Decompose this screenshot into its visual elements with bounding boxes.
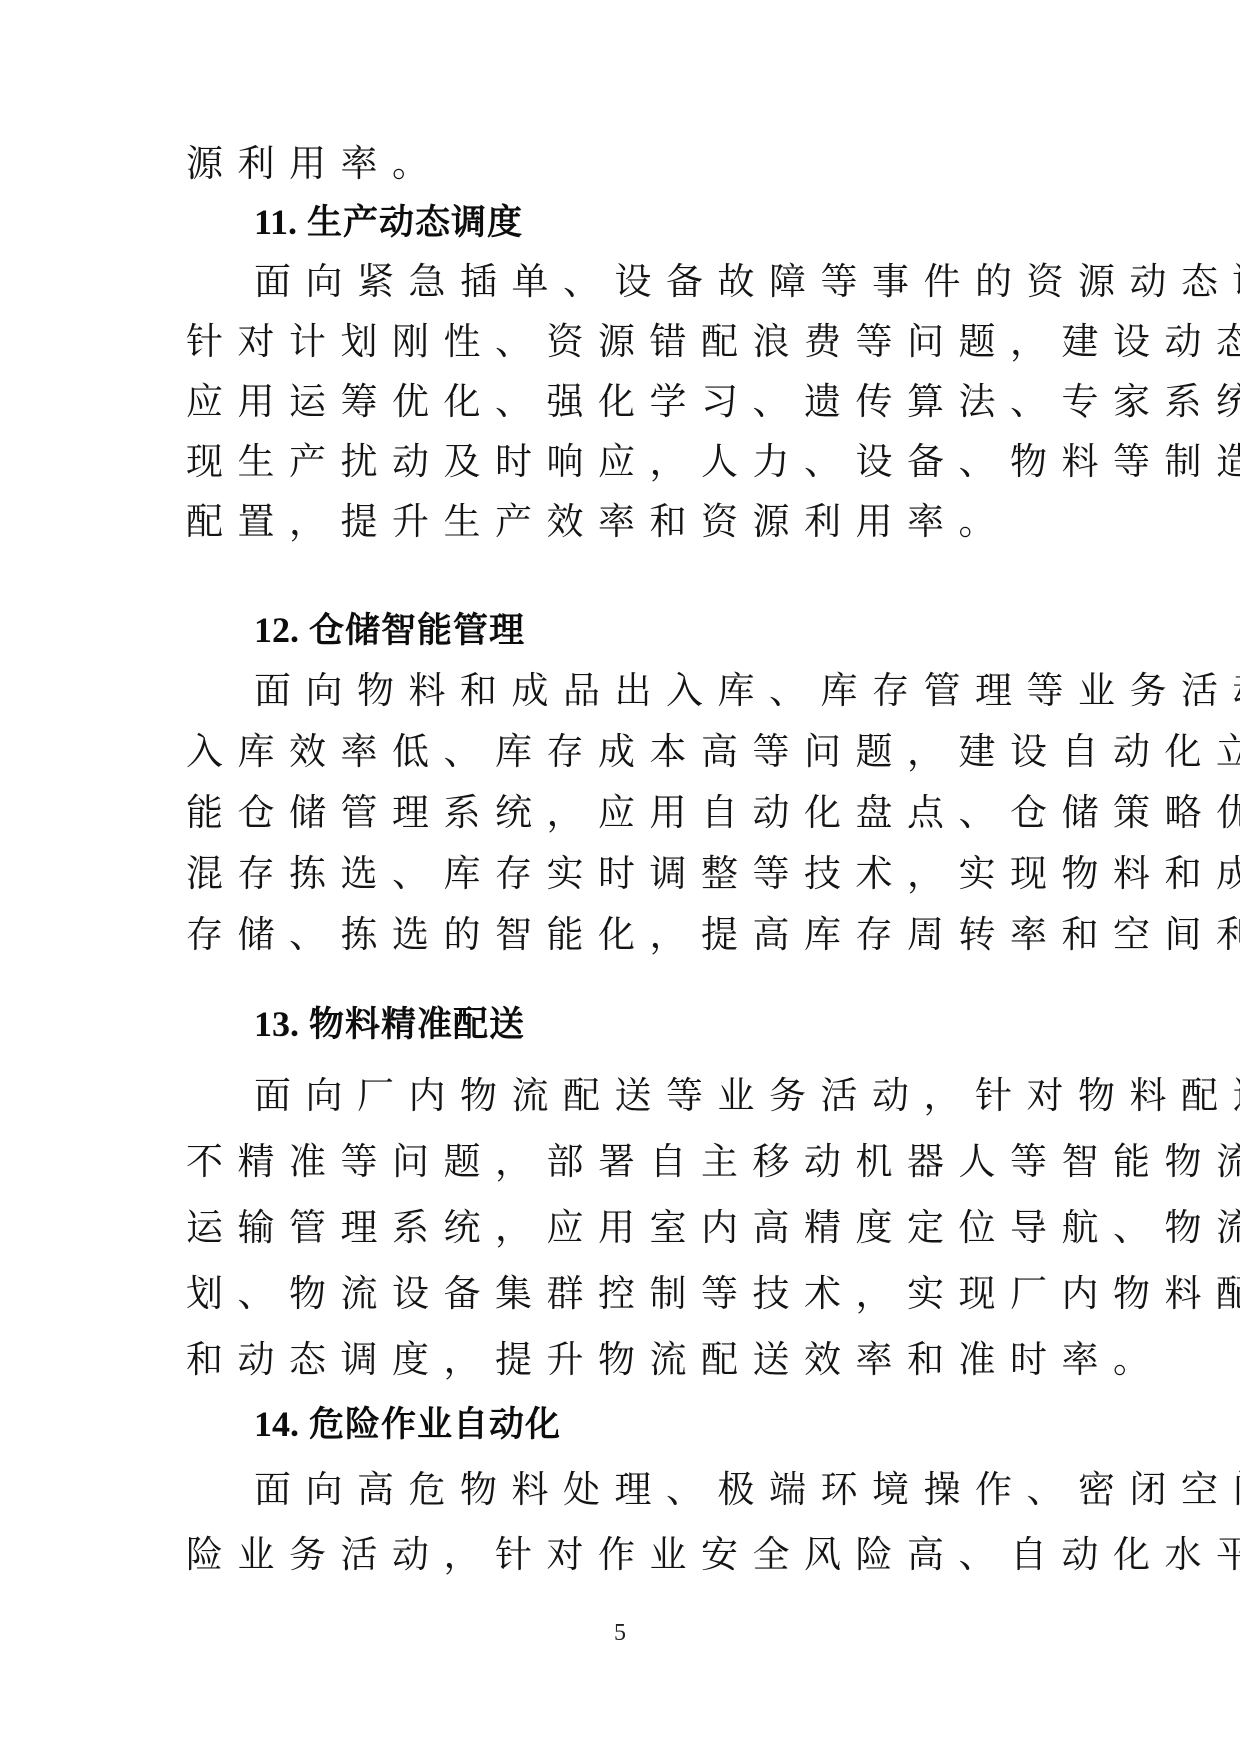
section-number: 12. <box>254 610 299 650</box>
section-number: 11. <box>254 202 297 242</box>
paragraph-line: 应用运筹优化、强化学习、遗传算法、专家系统等技术，实 <box>186 378 1240 426</box>
section-heading-14: 14.危险作业自动化 <box>254 1400 561 1449</box>
paragraph-line: 混存拣选、库存实时调整等技术，实现物料和成品出入库、 <box>186 850 1240 898</box>
section-title: 物料精准配送 <box>309 1004 525 1045</box>
section-heading-13: 13.物料精准配送 <box>254 1000 525 1049</box>
paragraph-line: 入库效率低、库存成本高等问题，建设自动化立体仓库和智 <box>186 728 1240 776</box>
section-title: 仓储智能管理 <box>309 610 525 651</box>
section-title: 危险作业自动化 <box>309 1404 561 1445</box>
section-heading-11: 11.生产动态调度 <box>254 198 523 247</box>
paragraph-line: 划、物流设备集群控制等技术，实现厂内物料配送快速响应 <box>186 1270 1240 1318</box>
paragraph-line: 能仓储管理系统，应用自动化盘点、仓储策略优化、多形态 <box>186 789 1240 837</box>
paragraph-line: 针对计划刚性、资源错配浪费等问题，建设动态调度系统， <box>186 318 1240 366</box>
paragraph-line: 面向紧急插单、设备故障等事件的资源动态调度需求， <box>254 258 1240 306</box>
paragraph-line: 面向物料和成品出入库、库存管理等业务活动，针对出 <box>254 667 1240 715</box>
paragraph-line: 险业务活动，针对作业安全风险高、自动化水平低等问题， <box>186 1531 1240 1579</box>
continuation-line: 源利用率。 <box>186 140 444 188</box>
paragraph-line: 面向高危物料处理、极端环境操作、密闭空间作业等危 <box>254 1466 1240 1514</box>
section-heading-12: 12.仓储智能管理 <box>254 606 525 655</box>
page-number: 5 <box>0 1620 1240 1647</box>
paragraph-line: 运输管理系统，应用室内高精度定位导航、物流路径动态规 <box>186 1204 1240 1252</box>
paragraph-line: 现生产扰动及时响应，人力、设备、物料等制造资源的动态 <box>186 438 1240 486</box>
paragraph-line: 配置，提升生产效率和资源利用率。 <box>186 498 1010 546</box>
paragraph-line: 不精准等问题，部署自主移动机器人等智能物流设备和智能 <box>186 1138 1240 1186</box>
section-number: 14. <box>254 1404 299 1444</box>
paragraph-line: 存储、拣选的智能化，提高库存周转率和空间利用率。 <box>186 911 1240 959</box>
section-title: 生产动态调度 <box>307 202 523 243</box>
paragraph-line: 面向厂内物流配送等业务活动，针对物料配送不及时、 <box>254 1072 1240 1120</box>
paragraph-line: 和动态调度，提升物流配送效率和准时率。 <box>186 1336 1165 1384</box>
section-number: 13. <box>254 1004 299 1044</box>
